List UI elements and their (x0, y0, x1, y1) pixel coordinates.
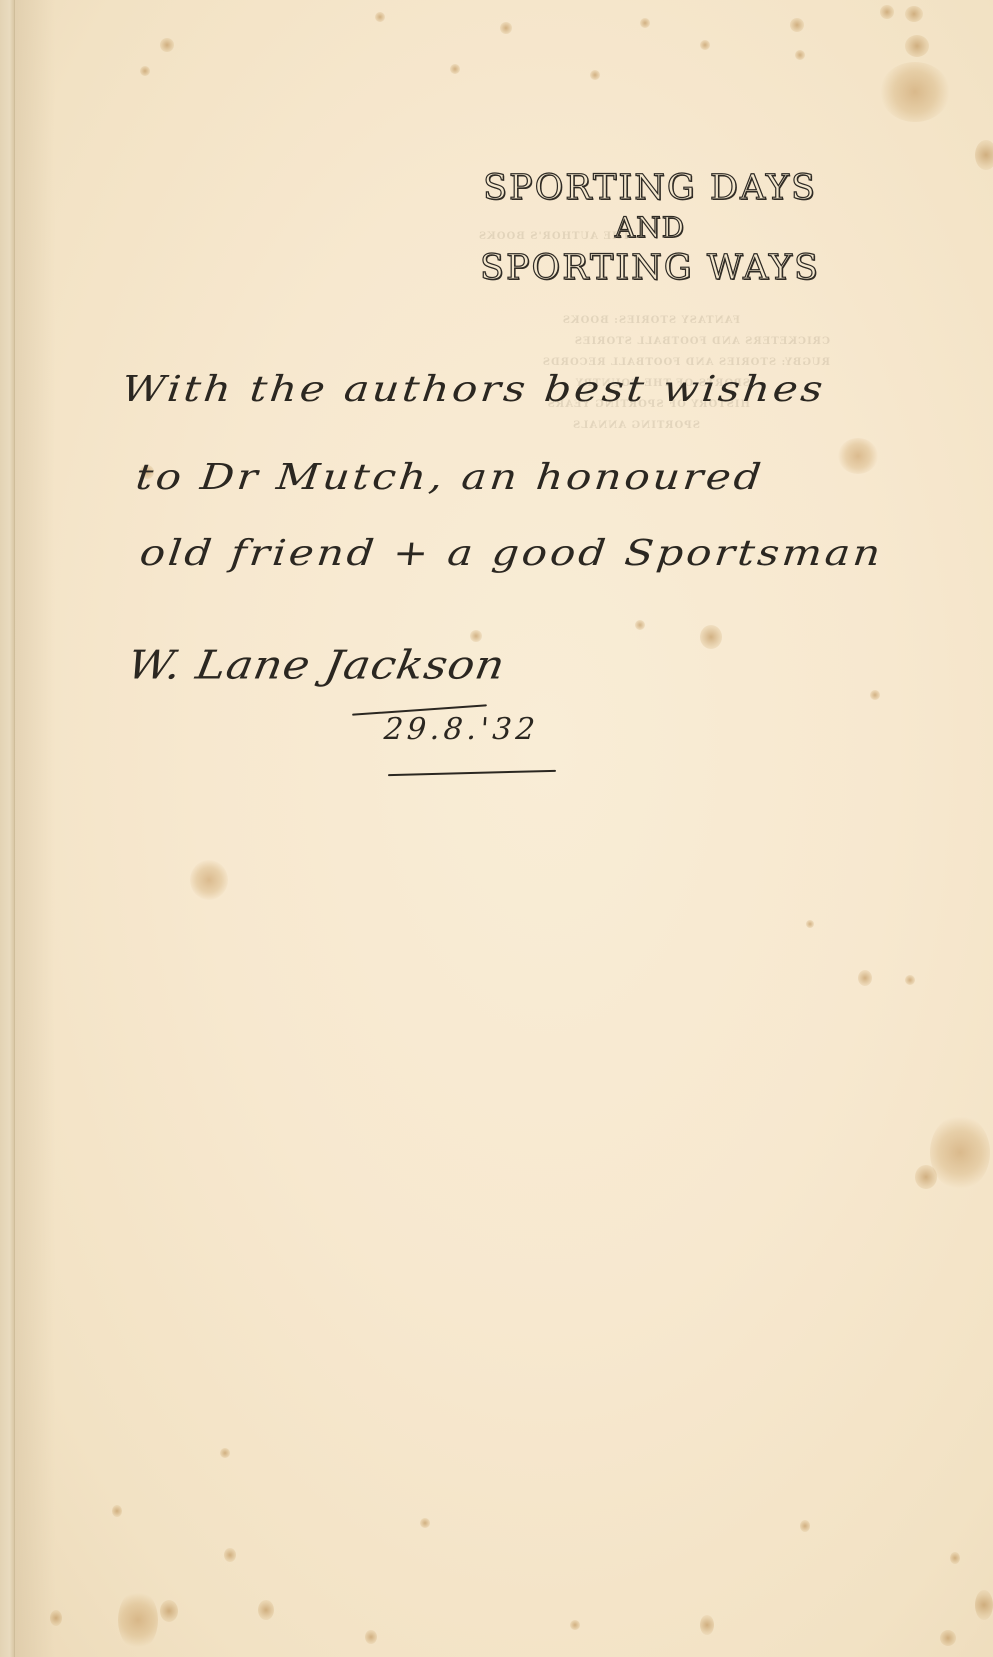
inscription-line-3: old friend + a good Sportsman (138, 532, 886, 574)
inscription-line-1: With the authors best wishes (120, 368, 828, 410)
show-through-line (370, 289, 830, 310)
author-signature: W. Lane Jackson (124, 643, 509, 689)
book-page: THE AUTHOR'S BOOKS FANTASY STORIES: BOOK… (0, 0, 993, 1657)
title-line-1: SPORTING DAYS (440, 166, 860, 210)
book-title: SPORTING DAYS AND SPORTING WAYS (440, 166, 860, 290)
inscription-line-2: to Dr Mutch, an honoured (134, 456, 766, 498)
show-through-line: CRICKETERS AND FOOTBALL STORIES (370, 331, 830, 352)
inscription-date: 29.8.'32 (383, 712, 540, 747)
title-line-2: AND (440, 210, 860, 246)
date-underline (388, 770, 556, 776)
gutter-shadow (15, 0, 55, 1657)
show-through-line: SPORTING ANNALS (370, 415, 830, 436)
page-gutter (0, 0, 15, 1657)
show-through-line: FANTASY STORIES: BOOKS (370, 310, 830, 331)
title-line-3: SPORTING WAYS (440, 246, 860, 290)
